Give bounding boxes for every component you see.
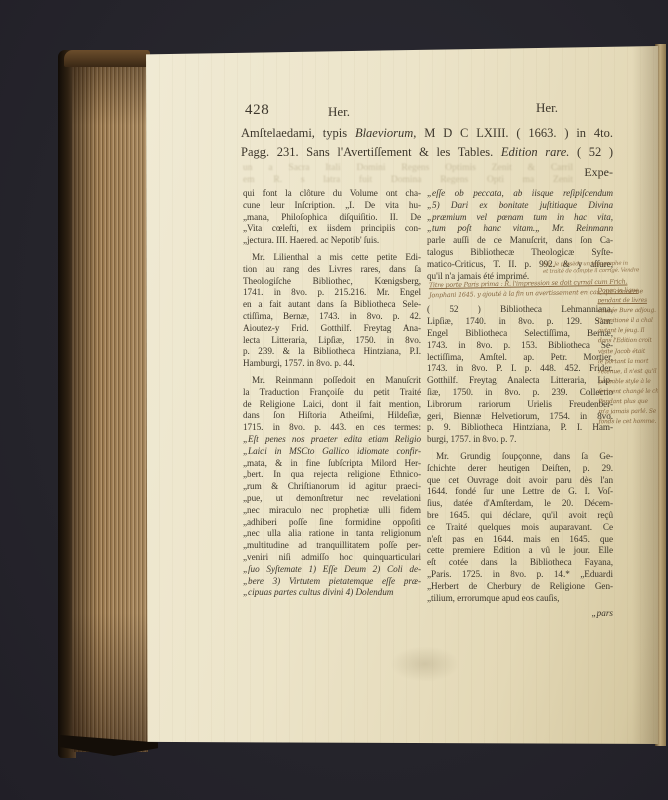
- print-line: p. 9. Bibliotheca Hintziana, P. I. Ham-: [427, 422, 613, 434]
- print-line: „tum poſt hanc vitam.„ Mr. Reinmann: [427, 223, 613, 235]
- print-line: Aioutez-y Frid. Gotthilf. Freytag Ana-: [243, 323, 421, 335]
- print-line: tion au rang des Livres rares, dans ſa: [243, 264, 421, 276]
- print-line: Gotthilf. Freytag Analecta Litteraria, L…: [427, 375, 613, 387]
- print-line: qui font la clôture du Volume ont cha-: [243, 188, 421, 200]
- print-line: „Eſt penes nos praeter edita etiam Relig…: [243, 434, 421, 446]
- print-line: Theologiſche Bibliothec, Kœnigsberg,: [243, 276, 421, 288]
- print-line: 1715. in 8vo. p. 443. en ces termes:: [243, 422, 421, 434]
- print-line: la Traduction Françoiſe du petit Traité: [243, 387, 421, 399]
- print-line: „cipuas partes cultus divini 4) Dolendum: [243, 587, 421, 599]
- handwritten-inline-note: Nb. Je possède un typographe inet traité…: [543, 260, 665, 276]
- print-line: „nec miraculo nec prophetiæ ulli fidem: [243, 505, 421, 517]
- print-line: Lipſiæ, 1740. in 8vo. p. 129. Sam.: [427, 316, 613, 328]
- print-line: „eſſe ob peccata, ab iisque reſipiſcendu…: [427, 188, 613, 200]
- print-line: „tilium, errorumque apud eos cauſis,: [427, 593, 613, 605]
- print-line: „Laici in MSCto Gallico idiomate confir-: [243, 446, 421, 458]
- book-page: un a Sacra Itali Domini Regens Optimis Z…: [146, 46, 658, 744]
- print-line: que cet Ouvrage doit avoir paru dès l'an: [427, 475, 613, 487]
- print-line: „mana, Philoſophica diſquiſitio. II. De: [243, 212, 421, 224]
- print-line: Mr. Grundig ſoupçonne, dans ſa Ge-: [427, 451, 613, 463]
- print-line: Engel Bibliotheca Selectiſſima, Bernæ,: [427, 328, 613, 340]
- print-line: „pue, ut demonſtretur nec revelationi: [243, 493, 421, 505]
- print-line: ctiſſima, Bernæ, 1743. in 8vo. p. 42.: [243, 311, 421, 323]
- handwriting-line: pendant de livres: [597, 296, 661, 307]
- imprint-segment: Edition rare.: [501, 145, 570, 159]
- imprint-segment: ( 52 ): [569, 145, 613, 159]
- print-line: ſiæ, 1750. in 8vo. p. 239. Collectio: [427, 387, 613, 399]
- print-line: lectiſſima, Amſtel. ap. Petr. Mortier,: [427, 352, 613, 364]
- print-line: „adhiberi poſſe ſine formidine oppoſiti: [243, 517, 421, 529]
- photographed-book-scene: un a Sacra Itali Domini Regens Optimis Z…: [0, 0, 668, 800]
- print-line: n'eſt pas en 1644. mais en 1645. que: [427, 534, 613, 546]
- handwritten-marginalia: Donec in lignependant de livrescausée Bu…: [597, 286, 662, 428]
- print-line: geri, Biennæ Helvetiorum, 1754. in 8vo.: [427, 411, 613, 423]
- print-line: „multitudine ad tranquillitatem poſſe pe…: [243, 540, 421, 552]
- print-line: lecta Litteraria, Lipſiæ, 1750. in 8vo.: [243, 335, 421, 347]
- print-line: „Vita cœleſti, ex iisdem principiis con-: [243, 223, 421, 235]
- print-line: 1743. in 8vo. P. I. p. 448. 452. Frider.: [427, 363, 613, 375]
- print-line: Librorum rariorum Urielis Freudenber-: [427, 399, 613, 411]
- bottom-catchword: „pars: [427, 608, 613, 618]
- header-catchword: Expe-: [241, 165, 613, 180]
- print-line: „præmium vel pœnam tum in hac vita,: [427, 212, 613, 224]
- print-line: „rum & Chriſtianorum id agitur praeci-: [243, 481, 421, 493]
- print-line: Mr. Lilienthal a mis cette petite Edi-: [243, 252, 421, 264]
- print-line: 1644. fondé ſur une Lettre de G. I. Voſ-: [427, 486, 613, 498]
- imprint-line-1: Amſtelaedami, typis Blaeviorum, M D C LX…: [241, 126, 613, 141]
- print-line: burgi, 1757. in 8vo. p. 7.: [427, 434, 613, 446]
- page-number: 428: [245, 102, 269, 119]
- page-edge-stack: [72, 56, 148, 752]
- print-line: „mata, & in fine ſubſcripta Milord Her-: [243, 458, 421, 470]
- handwriting-line: causée Bure adjoug.: [598, 306, 662, 317]
- text-column-right: „eſſe ob peccata, ab iisque reſipiſcendu…: [427, 188, 613, 604]
- print-line: Hamburgi, 1757. in 8vo. p. 44.: [243, 358, 421, 370]
- print-line: cette premiere Edition a vû le jour. Ell…: [427, 545, 613, 557]
- imprint-segment: Blaeviorum: [355, 126, 413, 140]
- print-line: ( 52 ) Bibliotheca Lehmanniana,: [427, 304, 613, 316]
- handwriting-line: fonds le cet homme.: [599, 417, 663, 428]
- print-line: de Religione Laici, dont il fait mention…: [243, 399, 421, 411]
- print-line: „veniri niſi admiſſo hoc quinquarticular…: [243, 552, 421, 564]
- print-line: cune leur Inſcription. „I. De vita hu-: [243, 200, 421, 212]
- print-line: bre 1645. qui déclare, qu'il avoit reçû: [427, 510, 613, 522]
- print-line: talogus Bibliothecæ Theologicæ Syſte-: [427, 247, 613, 259]
- imprint-segment: , M D C LXIII. ( 1663. ) in 4to.: [413, 126, 613, 140]
- print-line: „Paris. 1725. in 8vo. p. 14.* „Eduardi: [427, 569, 613, 581]
- handwriting-line: probable style à le: [598, 377, 662, 388]
- running-head-left: Her.: [328, 104, 350, 120]
- print-line: „bere 3) Virtutem pietatemque eſſe præ-: [243, 576, 421, 588]
- running-head-right: Her.: [536, 100, 558, 116]
- print-line: 1741. in 8vo. p. 215.216. Mr. Engel: [243, 287, 421, 299]
- imprint-segment: Pagg. 231. Sans l'Avertiſſement & les Ta…: [241, 145, 501, 159]
- print-line: ſius, datée d'Amſterdam, le 20. Décem-: [427, 498, 613, 510]
- handwriting-line: Pendant plus que: [598, 397, 662, 408]
- handwriting-line: ferment changé le ch.: [598, 387, 662, 398]
- print-line: parle auſſi de ce Manuſcrit, dans ſon Ca…: [427, 235, 613, 247]
- handwriting-line: Donec in ligne: [597, 286, 661, 297]
- print-line: dans ſon Hiſtoria Atheiſmi, Hildeſiæ,: [243, 410, 421, 422]
- imprint-line-2: Pagg. 231. Sans l'Avertiſſement & les Ta…: [241, 145, 613, 160]
- print-line: Mr. Reinmann poſſedoit en Manuſcrit: [243, 375, 421, 387]
- print-line: ce Traité quelques mois auparavant. Ce: [427, 522, 613, 534]
- print-line: 1743. in 8vo. p. 153. Bibliotheca Se-: [427, 340, 613, 352]
- handwriting-line: et traité de compte il corrigé. Vendre: [543, 267, 665, 276]
- print-line: „Herbert de Cherbury de Religione Gen-: [427, 581, 613, 593]
- print-line: „jectura. III. Haered. ac Nepotib' ſuis.: [243, 235, 421, 247]
- page-smudge: [390, 646, 460, 682]
- print-line: „bert. In qua rejecta religione Ethnico-: [243, 469, 421, 481]
- imprint-segment: Amſtelaedami, typis: [241, 126, 355, 140]
- handwriting-line: autant le jeug. Il: [598, 326, 662, 337]
- print-line: „5) Dari ex bonitate juſtitiaque Divina: [427, 200, 613, 212]
- print-line: „nec ulla alia ratione in tanta religion…: [243, 528, 421, 540]
- print-line: en a fait autant dans ſa Bibliotheca Sel…: [243, 299, 421, 311]
- page-edge-stack-top: [64, 50, 150, 67]
- print-line: „ſuo Syſtemate 1) Eſſe Deum 2) Coli de-: [243, 564, 421, 576]
- handwriting-line: le portant la mort: [598, 356, 662, 367]
- handwriting-line: Cognitione il a chal: [598, 316, 662, 327]
- handwriting-line: dans l'Edition croit: [598, 336, 662, 347]
- print-line: p. 239. & la Bibliotheca Hintziana, P.I.: [243, 346, 421, 358]
- text-column-left: qui font la clôture du Volume ont cha-cu…: [243, 188, 421, 599]
- print-line: eſt cotée dans la Bibliotheca Fayana,: [427, 557, 613, 569]
- handwriting-line: retenue, il n'est qu'il y: [598, 366, 662, 377]
- handwriting-line: m'a jamais parlé. Se: [598, 407, 662, 418]
- handwriting-line: visite Jacob était: [598, 346, 662, 357]
- print-line: ſchichte derer heutigen Deiſten, p. 29.: [427, 463, 613, 475]
